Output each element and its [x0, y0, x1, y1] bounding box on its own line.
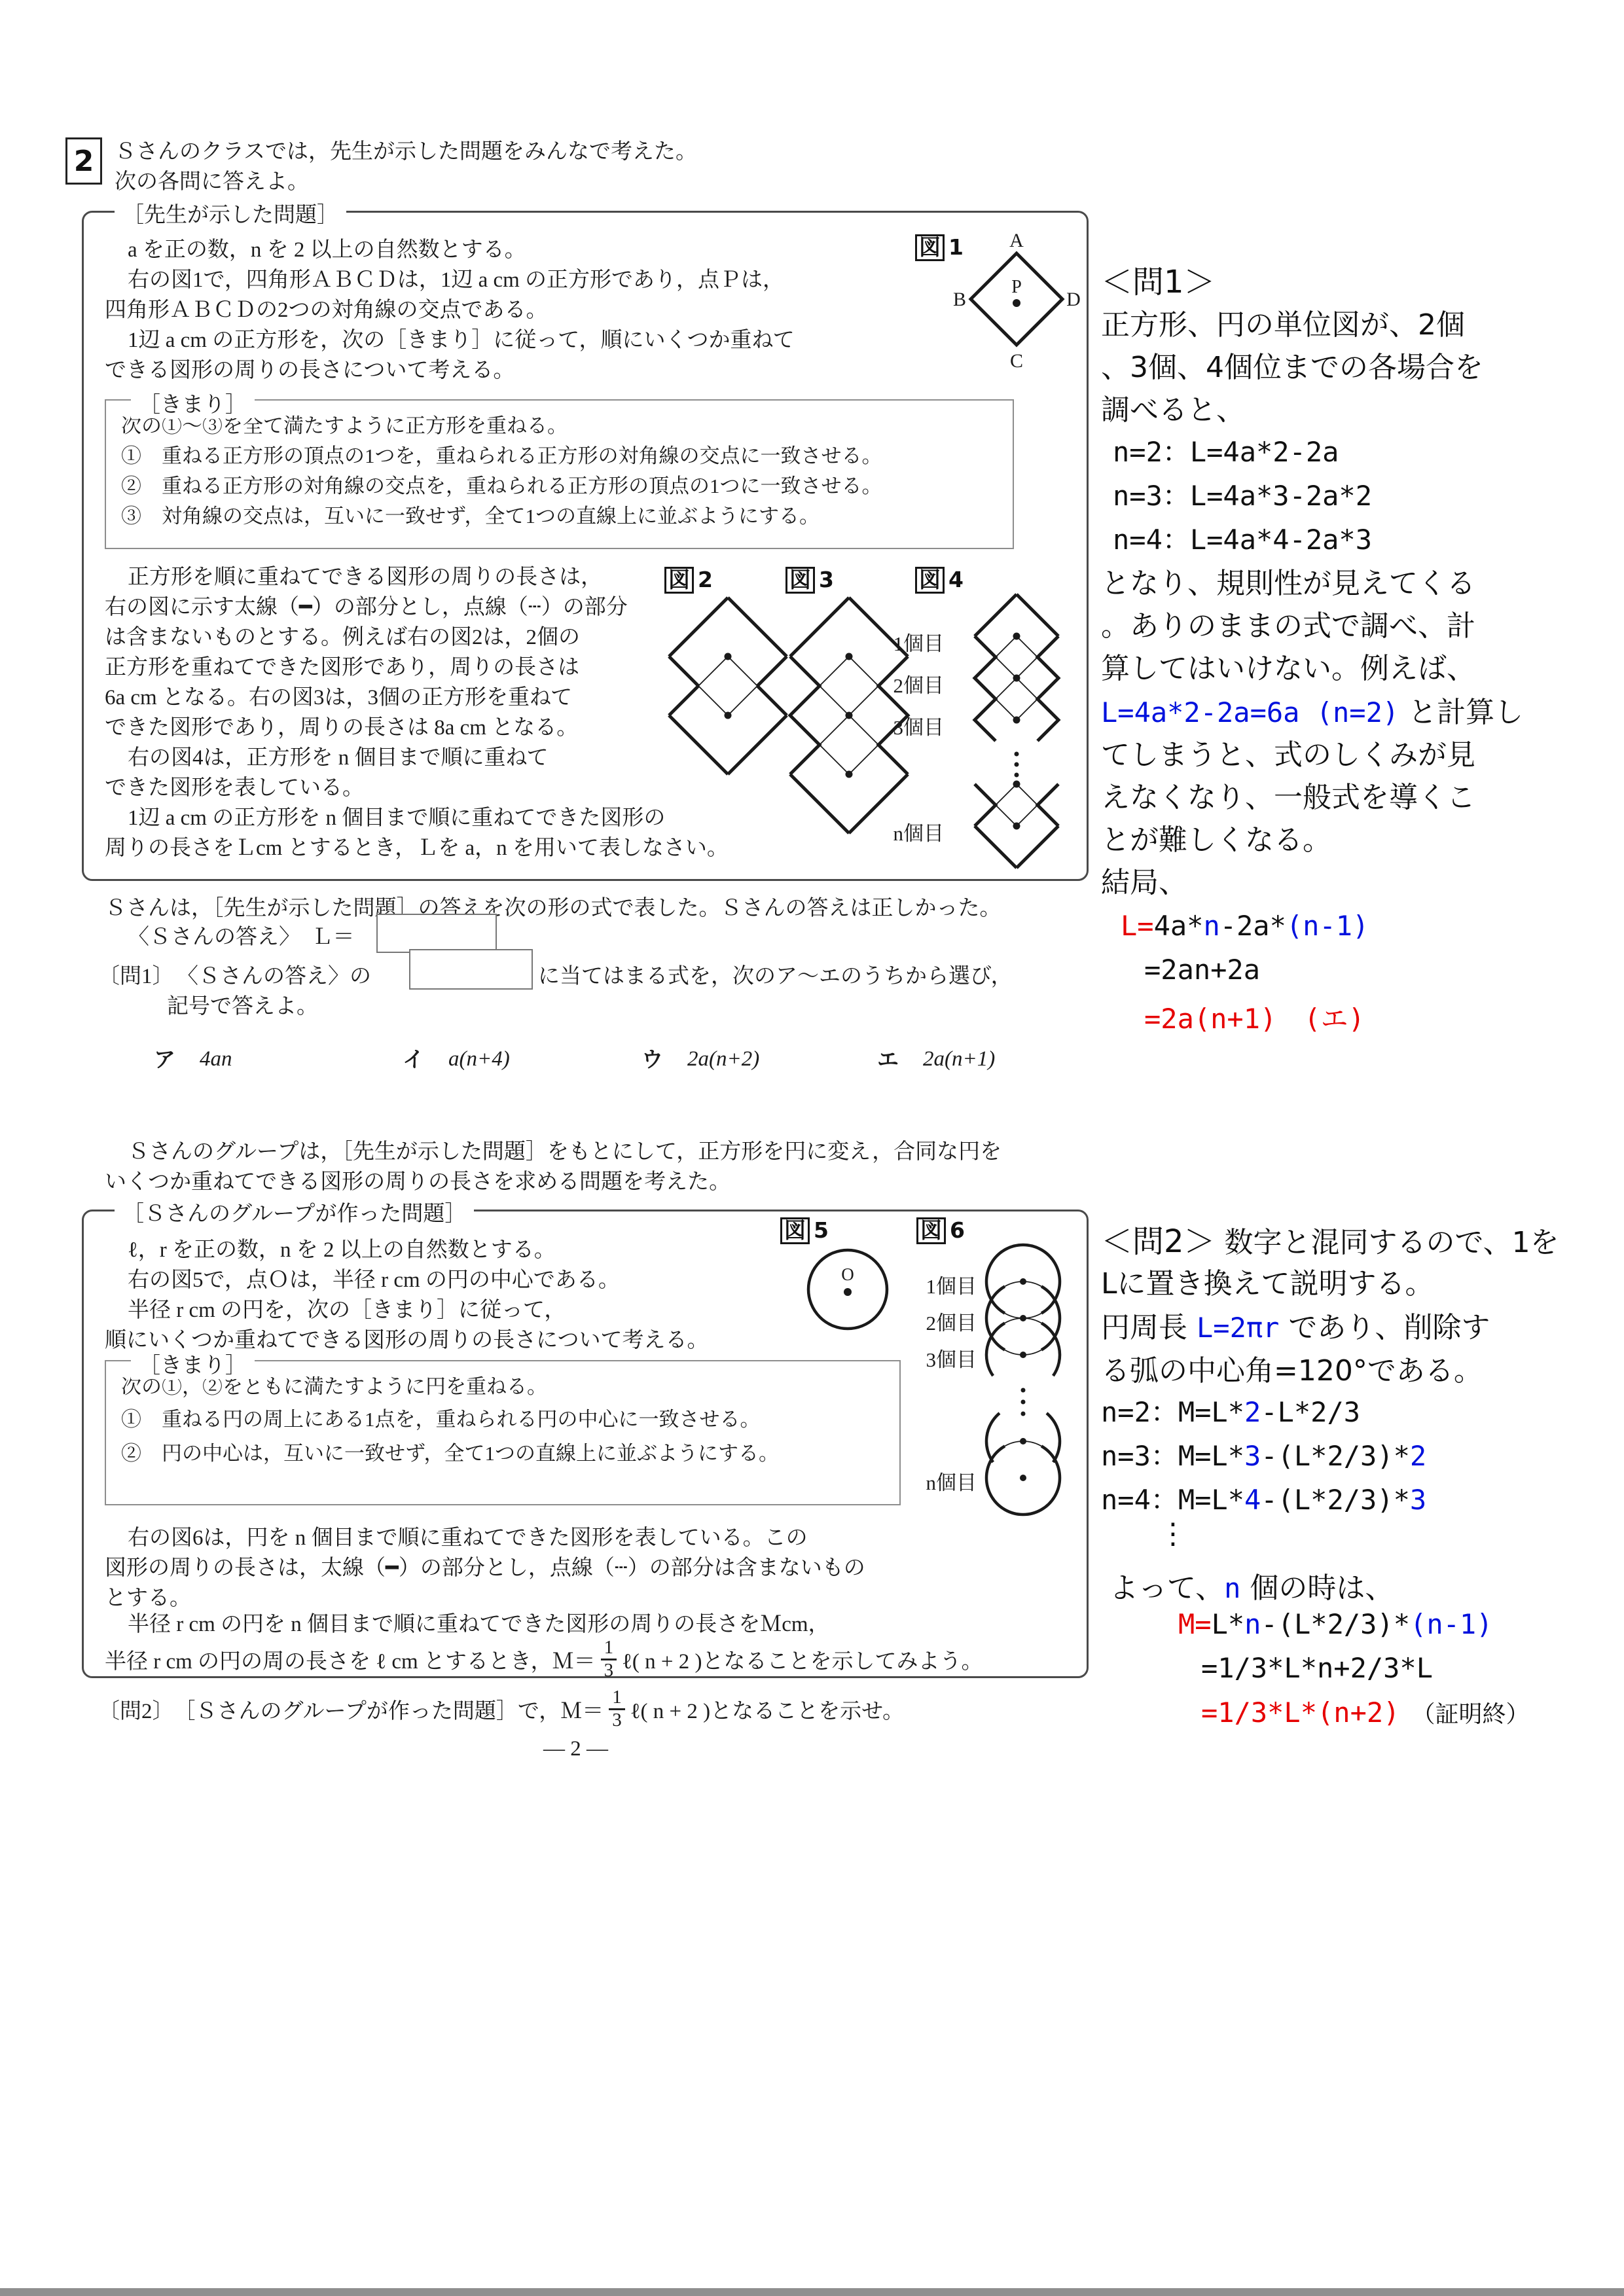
annotation-q1-line-7-blue: L=4a*2-2a=6a (n=2): [1101, 696, 1399, 728]
figure4-dot-2: [1013, 675, 1020, 682]
exam-page: 2 Ｓさんのクラスでは，先生が示した問題をみんなで考えた。 次の各問に答えよ。 …: [0, 0, 1624, 2296]
s-answer-prefix: 〈Ｓさんの答え〉 Ｌ＝: [128, 924, 355, 951]
teacher-para-3: は含まないものとする。例えば右の図2は，2個の: [105, 624, 580, 651]
figure2-dot-1: [725, 653, 732, 660]
q1-option-e-key: エ: [877, 1046, 899, 1073]
annotation-q1-heading: ＜問1＞: [1101, 257, 1216, 302]
q1-option-a-key: ア: [154, 1046, 175, 1073]
figure1-label-kanji: 図: [915, 234, 945, 261]
figure1-point-p: P: [1011, 277, 1022, 297]
annotation-q2-line-4: よって、n 個の時は、: [1110, 1564, 1394, 1606]
annotation-q1-general-formula: L=4a*n-2a*(n-1): [1121, 910, 1369, 942]
figure6-label-number: 6: [950, 1217, 965, 1243]
annotation-q2-f1-seg2: 2: [1244, 1396, 1261, 1428]
teacher-para-1: 正方形を順に重ねてできる図形の周りの長さは，: [128, 564, 602, 591]
group-line-2: 右の図5で，点Ｏは，半径 r cm の円の中心である。: [128, 1267, 620, 1294]
q1-blank-box: [409, 949, 533, 990]
intro-line-2: 次の各問に答えよ。: [115, 169, 309, 196]
annotation-q1-gf-seg1: L=: [1121, 910, 1154, 942]
figure3-dot-3: [846, 771, 853, 778]
annotation-q1-line-10: とが難しくなる。: [1101, 816, 1331, 858]
figure6-ellipsis-dot-3: [1021, 1412, 1026, 1416]
figure2-thick-outline: [669, 598, 787, 774]
group-intro-2: いくつか重ねてできる図形の周りの長さを求める問題を考えた。: [105, 1169, 731, 1196]
rule-box-2-title: ［きまり］: [131, 1348, 255, 1379]
group-para-1: 右の図6は，円を n 個目まで順に重ねてできた図形を表している。この: [128, 1525, 808, 1552]
fraction-one-third: 13: [601, 1638, 617, 1681]
rule-1-item-3: ③ 対角線の交点は，互いに一致せず，全て1つの直線上に並ぶようにする。: [121, 504, 820, 529]
annotation-q2-heading-line: ＜問2＞ 数字と混同するので、1を: [1101, 1216, 1559, 1261]
q2-fraction-one-third: 13: [609, 1687, 625, 1731]
figure1-vertex-c: C: [1010, 350, 1023, 372]
figure6-ellipsis-dot-1: [1021, 1388, 1026, 1393]
figure6-row-label-1: 1個目: [901, 1270, 977, 1299]
annotation-q2-gf-seg4: -(L*2/3)*: [1261, 1608, 1410, 1640]
annotation-q1-formula-n3: n=3：L=4a*3-2a*2: [1113, 475, 1372, 514]
annotation-q2-f2-seg4: 2: [1410, 1440, 1426, 1472]
s-answer-blank-box: [376, 914, 497, 953]
figure4-n-squares-diagram: [948, 589, 1085, 873]
problem-number-box: 2: [65, 137, 102, 185]
figure2-two-squares-diagram: [662, 592, 793, 782]
teacher-para-4: 正方形を重ねてできた図形であり，周りの長さは: [105, 655, 579, 681]
q1-option-u-value: 2a(n+2): [687, 1046, 759, 1073]
annotation-q2-f3-seg1: n=4：M=L*: [1101, 1484, 1244, 1516]
q1-text-after-blank: に当てはまる式を，次のア〜エのうちから選び，: [538, 963, 1013, 990]
annotation-q1-gf-seg2: 4a*: [1154, 910, 1204, 942]
figure6-n-circles-diagram: [981, 1238, 1066, 1516]
figure6-label: 図6: [916, 1217, 965, 1244]
q1-option-u-key: ウ: [641, 1046, 663, 1073]
annotation-q2-f1-seg3: -L*2/3: [1261, 1396, 1360, 1428]
figure4-label-kanji: 図: [915, 567, 945, 594]
annotation-q2-f3-seg4: 3: [1410, 1484, 1426, 1516]
annotation-q1-line-2: 、3個、4個位までの各場合を: [1101, 344, 1483, 386]
annotation-q2-formula-n2: n=2：M=L*2-L*2/3: [1101, 1391, 1360, 1430]
figure6-label-kanji: 図: [916, 1217, 946, 1244]
teacher-line-3: 四角形ＡＢＣＤの2つの対角線の交点である。: [105, 297, 548, 324]
teacher-para-7: 右の図4は，正方形を n 個目まで順に重ねて: [128, 745, 549, 772]
figure3-dot-2: [846, 712, 853, 719]
annotation-q2-gf-seg3: n: [1244, 1608, 1261, 1640]
annotation-q1-gf-seg5: (n-1): [1286, 910, 1369, 942]
figure3-label-kanji: 図: [785, 567, 815, 594]
group-problem-box-title: ［Ｓさんのグループが作った問題］: [115, 1196, 474, 1227]
q2-post: ℓ( n + 2 )となることを示せ。: [630, 1694, 904, 1725]
annotation-q2-qed: （証明終）: [1399, 1701, 1529, 1728]
figure6-ellipsis-dot-2: [1021, 1400, 1026, 1405]
figure4-row-label-1: 1個目: [868, 627, 944, 656]
annotation-q2-gf-seg1: M=: [1178, 1608, 1212, 1640]
annotation-q1-line-11: 結局、: [1101, 859, 1187, 901]
q2-pre: ［Ｓさんのグループが作った問題］で，Ｍ＝: [174, 1694, 604, 1725]
figure6-row-label-n: n個目: [901, 1466, 977, 1496]
intro-line-1: Ｓさんのクラスでは，先生が示した問題をみんなで考えた。: [115, 139, 697, 166]
annotation-q2-f2-seg2: 3: [1244, 1440, 1261, 1472]
figure6-row-label-3: 3個目: [901, 1343, 977, 1372]
teacher-para-9: 1辺 a cm の正方形を n 個目まで順に重ねてできた図形の: [128, 805, 665, 832]
figure1-vertex-b: B: [953, 289, 966, 310]
annotation-q1-line-8: てしまうと、式のしくみが見: [1101, 731, 1475, 773]
annotation-q2-f1-seg1: n=2：M=L*: [1101, 1396, 1244, 1428]
figure4-row-label-n: n個目: [868, 817, 944, 846]
teacher-para-8: できた図形を表している。: [105, 775, 364, 802]
figure3-label-number: 3: [819, 567, 834, 592]
annotation-q1-formula-n4: n=4：L=4a*4-2a*3: [1113, 518, 1372, 558]
figure1-center-dot: [1013, 299, 1020, 307]
q1-label: 〔問1〕: [98, 963, 174, 990]
annotation-q2-line-2a: 円周長: [1101, 1311, 1197, 1344]
figure6-circle3-thick: [986, 1323, 1060, 1376]
annotation-q2-general-formula: M=L*n-(L*2/3)*(n-1): [1178, 1608, 1492, 1640]
q2-label: 〔問2〕: [98, 1694, 174, 1725]
scan-edge-line: [0, 2288, 1624, 2296]
figure5-circle-diagram: O: [802, 1237, 893, 1335]
figure6-dot-1: [1020, 1278, 1026, 1285]
annotation-q1-line-7: L=4a*2-2a=6a (n=2) と計算し: [1101, 689, 1523, 730]
annotation-q2-line-1: Lに置き換えて説明する。: [1101, 1260, 1434, 1302]
figure1-vertex-a: A: [1009, 230, 1024, 251]
group-final-pre: 半径 r cm の円の周の長さを ℓ cm とするとき，Ｍ＝: [105, 1644, 596, 1675]
annotation-q2-f3-seg2: 4: [1244, 1484, 1261, 1516]
figure6-dot-n: [1020, 1475, 1026, 1481]
teacher-para-5: 6a cm となる。右の図3は，3個の正方形を重ねて: [105, 685, 572, 711]
annotation-q2-final-line: =1/3*L*(n+2) （証明終）: [1201, 1696, 1529, 1729]
figure2-label-number: 2: [698, 567, 713, 592]
annotation-q1-line-9: えなくなり、一般式を導くこ: [1101, 774, 1475, 816]
annotation-q2-f2-seg3: -(L*2/3)*: [1261, 1440, 1410, 1472]
figure2-label: 図2: [664, 567, 713, 594]
group-final-post: ℓ( n + 2 )となることを示してみよう。: [622, 1644, 983, 1675]
rule-2-item-1: ① 重ねる円の周上にある1点を，重ねられる円の中心に一致させる。: [121, 1407, 761, 1433]
q1-line2: 記号で答えよ。: [167, 994, 318, 1020]
figure4-dot-n: [1013, 823, 1020, 830]
teacher-line-1: a を正の数，n を 2 以上の自然数とする。: [128, 237, 526, 264]
figure2-thin-inner-lines: [698, 656, 757, 715]
figure6-dot-3: [1020, 1352, 1026, 1358]
teacher-line-5: できる図形の周りの長さについて考える。: [105, 357, 514, 384]
q1-text-before-blank: 〈Ｓさんの答え〉の: [177, 963, 371, 990]
annotation-q2-f3-seg3: -(L*2/3)*: [1261, 1484, 1410, 1516]
page-number: ― 2 ―: [543, 1736, 608, 1763]
figure4-bottom-thin-lines: [996, 784, 1038, 826]
figure4-ellipsis-dot-1: [1015, 752, 1019, 757]
teacher-line-4: 1辺 a cm の正方形を，次の［きまり］に従って，順にいくつか重ねて: [128, 327, 795, 354]
annotation-q2-line-4c: 個の時は、: [1240, 1571, 1394, 1605]
figure4-dot-3: [1013, 717, 1020, 724]
annotation-q1-line-1: 正方形、円の単位図が、2個: [1101, 301, 1465, 343]
annotation-q1-line-5: 。ありのままの式で調べ、計: [1101, 602, 1475, 644]
annotation-q1-simplified: =2an+2a: [1144, 954, 1260, 986]
annotation-q1-line-7-black: と計算し: [1399, 696, 1523, 729]
figure6-dot-2: [1020, 1315, 1026, 1321]
figure4-dot-1: [1013, 633, 1020, 640]
annotation-q2-line-4b: n: [1224, 1572, 1240, 1604]
annotation-q1-line-3: 調べると、: [1101, 386, 1245, 428]
annotation-q2-circumference-formula: L=2πr: [1197, 1312, 1279, 1344]
annotation-q1-final-answer: =2a(n+1) (エ): [1144, 997, 1365, 1037]
group-intro-1: Ｓさんのグループは，［先生が示した問題］をもとにして，正方形を円に変え，合同な円…: [128, 1139, 1001, 1166]
figure6-broken-circle-stubs: [986, 1413, 1060, 1462]
s-answer-intro: Ｓさんは，［先生が示した問題］の答えを次の形の式で表した。Ｓさんの答えは正しかっ…: [105, 895, 1001, 922]
figure4-ellipsis-dot-3: [1015, 773, 1019, 778]
group-line-3: 半径 r cm の円を，次の［きまり］に従って，: [128, 1297, 566, 1324]
annotation-q2-line-4a: よって、: [1110, 1571, 1224, 1605]
rule-2-item-2: ② 円の中心は，互いに一致せず，全て1つの直線上に並ぶようにする。: [121, 1441, 779, 1467]
teacher-line-2: 右の図1で，四角形ＡＢＣＤは，1辺 a cm の正方形であり，点Ｐは，: [128, 267, 784, 294]
annotation-q2-gf-seg5: (n-1): [1410, 1608, 1492, 1640]
q2-line: 〔問2〕 ［Ｓさんのグループが作った問題］で，Ｍ＝ 13 ℓ( n + 2 )と…: [98, 1687, 904, 1731]
figure4-row-label-3: 3個目: [868, 711, 944, 740]
q1-option-i-value: a(n+4): [448, 1046, 510, 1073]
q2-fraction-denominator: 3: [609, 1708, 625, 1731]
group-para-3: とする。: [105, 1585, 191, 1612]
figure1-square-diagram: A B D C P: [941, 226, 1092, 376]
fraction-denominator: 3: [601, 1659, 617, 1681]
rule-box-1-title: ［きまり］: [131, 387, 255, 418]
annotation-q2-gf-seg2: L*: [1212, 1608, 1245, 1640]
annotation-q1-gf-seg4: -2a*: [1220, 910, 1286, 942]
figure4-dot-n-1: [1013, 781, 1020, 788]
q1-option-a-value: 4an: [200, 1046, 232, 1073]
figure2-dot-2: [725, 712, 732, 719]
figure2-label-kanji: 図: [664, 567, 694, 594]
q2-fraction-numerator: 1: [612, 1687, 622, 1708]
figure6-row-label-2: 2個目: [901, 1306, 977, 1336]
rule-1-item-2: ② 重ねる正方形の対角線の交点を，重ねられる正方形の頂点の1つに一致させる。: [121, 474, 882, 499]
annotation-q1-gf-seg3: n: [1203, 910, 1219, 942]
annotation-q2-line-2c: であり、削除す: [1279, 1311, 1490, 1344]
annotation-q2-simplified: =1/3*L*n+2/3*L: [1201, 1652, 1433, 1684]
figure3-dot-1: [846, 653, 853, 660]
teacher-para-10: 周りの長さをＬcm とするとき，Ｌを a，n を用いて表しなさい。: [105, 835, 729, 862]
teacher-para-2: 右の図に示す太線（━）の部分とし，点線（┄）の部分: [105, 594, 628, 621]
annotation-q2-formula-n3: n=3：M=L*3-(L*2/3)*2: [1101, 1435, 1426, 1474]
annotation-q2-heading: ＜問2＞: [1101, 1223, 1216, 1260]
annotation-q2-heading-rest: 数字と混同するので、1を: [1216, 1226, 1559, 1259]
group-final-line: 半径 r cm の円の周の長さを ℓ cm とするとき，Ｍ＝ 13 ℓ( n +…: [105, 1638, 983, 1681]
annotation-q2-line-2: 円周長 L=2πr であり、削除す: [1101, 1304, 1490, 1346]
group-line-1: ℓ，r を正の数，n を 2 以上の自然数とする。: [128, 1237, 556, 1264]
annotation-q2-line-3: る弧の中心角=120°である。: [1101, 1347, 1483, 1389]
annotation-q1-line-4: となり、規則性が見えてくる: [1101, 560, 1475, 601]
annotation-q2-vertical-ellipsis: ⋮: [1159, 1517, 1187, 1551]
group-para-4: 半径 r cm の円を n 個目まで順に重ねてできた図形の周りの長さをＭcm，: [128, 1611, 830, 1638]
group-para-2: 図形の周りの長さは，太線（━）の部分とし，点線（┄）の部分は含まないもの: [105, 1555, 865, 1582]
teacher-para-6: できた図形であり，周りの長さは 8a cm となる。: [105, 715, 578, 742]
annotation-q2-final-red: =1/3*L*(n+2): [1201, 1696, 1399, 1729]
teacher-problem-box-title: ［先生が示した問題］: [115, 198, 346, 228]
figure5-center-dot: [844, 1288, 852, 1296]
q1-option-i-key: イ: [403, 1046, 424, 1073]
figure4-ellipsis-dot-2: [1015, 762, 1019, 767]
figure3-label: 図3: [785, 567, 834, 594]
figure4-row-label-2: 2個目: [868, 669, 944, 698]
annotation-q2-f2-seg1: n=3：M=L*: [1101, 1440, 1244, 1472]
annotation-q1-line-6: 算してはいけない。例えば、: [1101, 645, 1475, 687]
rule-1-item-1: ① 重ねる正方形の頂点の1つを，重ねられる正方形の対角線の交点に一致させる。: [121, 444, 882, 469]
q1-option-e-value: 2a(n+1): [923, 1046, 995, 1073]
problem-number: 2: [74, 145, 94, 178]
annotation-q2-formula-n4: n=4：M=L*4-(L*2/3)*3: [1101, 1479, 1426, 1518]
annotation-q1-formula-n2: n=2：L=4a*2-2a: [1113, 431, 1339, 470]
fraction-numerator: 1: [604, 1638, 614, 1659]
figure5-center-label: O: [841, 1265, 854, 1284]
figure1-vertex-d: D: [1066, 289, 1081, 310]
